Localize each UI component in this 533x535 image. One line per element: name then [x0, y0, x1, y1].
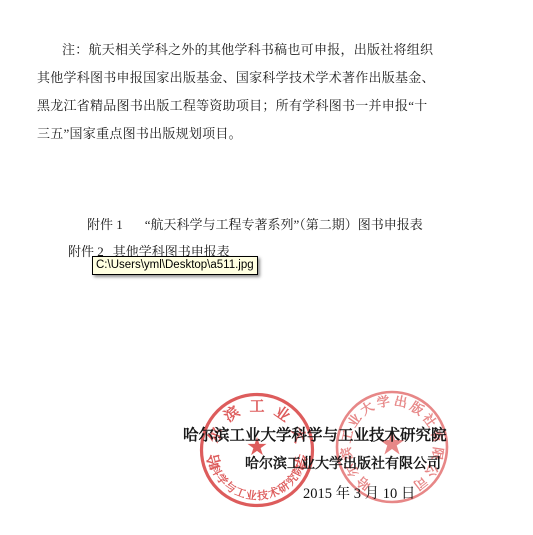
note-paragraph-line: 其他学科图书申报国家出版基金、国家科学技术学术著作出版基金、: [37, 64, 437, 92]
seal-arc-character: 学: [375, 393, 391, 411]
official-seal-research-institute: 哈尔滨工业大学科学与工业技术研究院: [197, 390, 317, 510]
note-paragraph-line: 黑龙江省精品图书出版工程等资助项目；所有学科图书一并申报“十: [37, 92, 437, 120]
seal-arc-character: 出: [393, 393, 409, 411]
note-paragraph: 注：航天相关学科之外的其他学科书稿也可申报，出版社将组织 其他学科图书申报国家出…: [37, 36, 437, 148]
signature-date: 2015 年 3 月 10 日: [303, 482, 415, 503]
attachment-1-label: 附件 1: [87, 217, 123, 232]
document-page: 注：航天相关学科之外的其他学科书稿也可申报，出版社将组织 其他学科图书申报国家出…: [0, 0, 533, 535]
file-path-tooltip: C:\Users\yml\Desktop\a511.jpg: [92, 256, 258, 275]
note-paragraph-line: 三五”国家重点图书出版规划项目。: [37, 120, 437, 148]
org-name-press-company: 哈尔滨工业大学出版社有限公司: [245, 453, 441, 473]
org-name-research-institute: 哈尔滨工业大学科学与工业技术研究院: [183, 423, 447, 445]
note-paragraph-line: 注：航天相关学科之外的其他学科书稿也可申报，出版社将组织: [37, 36, 437, 64]
seal-arc-character: 工: [249, 397, 264, 415]
attachment-1-title: “航天科学与工程专著系列”（第二期）图书申报表: [145, 217, 423, 232]
attachment-line-1: 附件 1“航天科学与工程专著系列”（第二期）图书申报表: [87, 218, 423, 232]
